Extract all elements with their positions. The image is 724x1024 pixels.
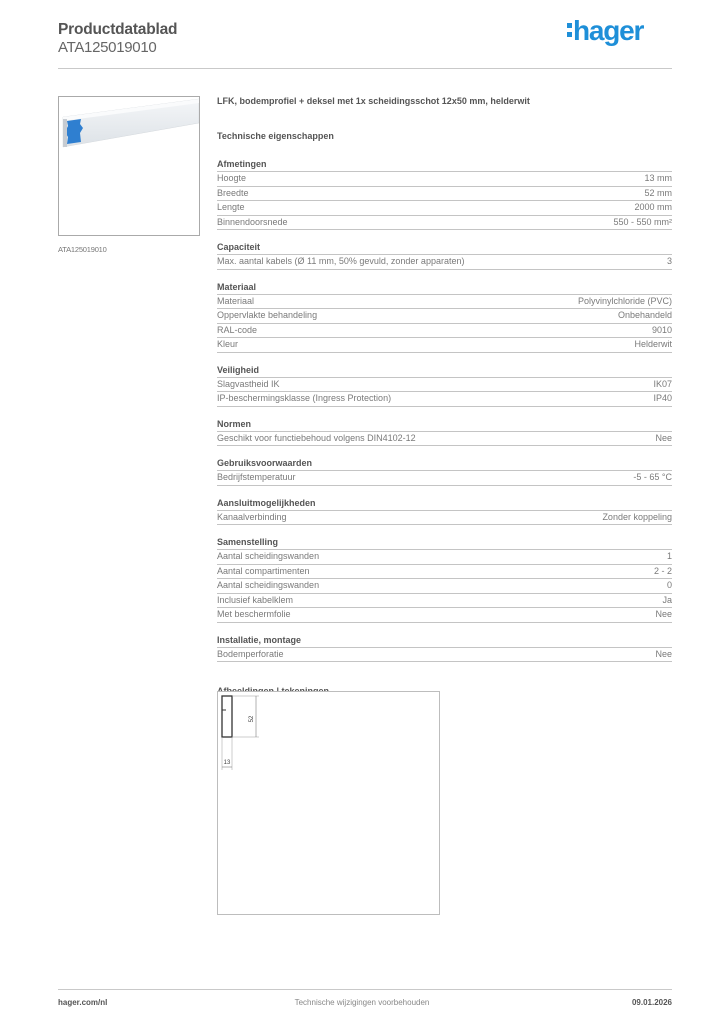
spec-row: Oppervlakte behandelingOnbehandeld	[217, 309, 672, 324]
spec-label: RAL-code	[217, 324, 257, 338]
spec-value: 1	[667, 550, 672, 564]
spec-row: Max. aantal kabels (Ø 11 mm, 50% gevuld,…	[217, 255, 672, 270]
spec-row: Binnendoorsnede550 - 550 mm²	[217, 216, 672, 231]
spec-row: Met beschermfolieNee	[217, 608, 672, 623]
profile-drawing-icon: 52 13	[218, 692, 439, 914]
svg-text:13: 13	[224, 760, 231, 766]
spec-value: IP40	[653, 392, 672, 406]
technical-drawing: 52 13	[217, 691, 440, 915]
spec-label: Slagvastheid IK	[217, 378, 280, 392]
spec-row: Breedte52 mm	[217, 187, 672, 202]
spec-value: Nee	[655, 432, 672, 446]
spec-label: Aantal scheidingswanden	[217, 550, 319, 564]
svg-text:52: 52	[249, 715, 255, 722]
spec-row: MateriaalPolyvinylchloride (PVC)	[217, 295, 672, 310]
spec-value: 2 - 2	[654, 565, 672, 579]
section-title: Aansluitmogelijkheden	[217, 497, 672, 511]
spec-value: Onbehandeld	[618, 309, 672, 323]
section-title: Normen	[217, 418, 672, 432]
footer-date: 09.01.2026	[632, 998, 672, 1007]
spec-value: 52 mm	[644, 187, 672, 201]
spec-label: Breedte	[217, 187, 249, 201]
section-title: Installatie, montage	[217, 634, 672, 648]
spec-value: Nee	[655, 648, 672, 662]
spec-row: KleurHelderwit	[217, 338, 672, 353]
spec-row: Aantal scheidingswanden0	[217, 579, 672, 594]
spec-section: GebruiksvoorwaardenBedrijfstemperatuur-5…	[217, 457, 672, 486]
spec-label: Geschikt voor functiebehoud volgens DIN4…	[217, 432, 416, 446]
spec-section: NormenGeschikt voor functiebehoud volgen…	[217, 418, 672, 447]
spec-section: VeiligheidSlagvastheid IKIK07IP-bescherm…	[217, 364, 672, 407]
spec-row: Aantal scheidingswanden1	[217, 550, 672, 565]
document-header: Productdatablad ATA125019010	[58, 20, 177, 57]
spec-value: 2000 mm	[634, 201, 672, 215]
spec-row: Lengte2000 mm	[217, 201, 672, 216]
spec-value: IK07	[653, 378, 672, 392]
header-divider	[58, 68, 672, 69]
spec-value: Polyvinylchloride (PVC)	[578, 295, 672, 309]
logo-text: hager	[573, 15, 643, 46]
spec-row: Inclusief kabelklemJa	[217, 594, 672, 609]
spec-value: 9010	[652, 324, 672, 338]
section-title: Gebruiksvoorwaarden	[217, 457, 672, 471]
spec-row: Bedrijfstemperatuur-5 - 65 °C	[217, 471, 672, 486]
spec-row: Aantal compartimenten2 - 2	[217, 565, 672, 580]
spec-row: Hoogte13 mm	[217, 172, 672, 187]
section-title: Afmetingen	[217, 158, 672, 172]
spec-value: -5 - 65 °C	[633, 471, 672, 485]
spec-row: BodemperforatieNee	[217, 648, 672, 663]
footer-disclaimer: Technische wijzigingen voorbehouden	[0, 998, 724, 1007]
spec-label: Bodemperforatie	[217, 648, 284, 662]
spec-section: AfmetingenHoogte13 mmBreedte52 mmLengte2…	[217, 158, 672, 230]
spec-label: IP-beschermingsklasse (Ingress Protectio…	[217, 392, 391, 406]
spec-label: Oppervlakte behandeling	[217, 309, 317, 323]
spec-value: Zonder koppeling	[602, 511, 672, 525]
spec-label: Bedrijfstemperatuur	[217, 471, 296, 485]
section-title: Capaciteit	[217, 241, 672, 255]
spec-label: Max. aantal kabels (Ø 11 mm, 50% gevuld,…	[217, 255, 464, 269]
spec-label: Kleur	[217, 338, 238, 352]
document-title: Productdatablad	[58, 20, 177, 39]
product-description: LFK, bodemprofiel + deksel met 1x scheid…	[217, 95, 672, 107]
product-code: ATA125019010	[58, 39, 177, 57]
spec-section: CapaciteitMax. aantal kabels (Ø 11 mm, 5…	[217, 241, 672, 270]
spec-value: Nee	[655, 608, 672, 622]
spec-label: Binnendoorsnede	[217, 216, 288, 230]
spec-value: 0	[667, 579, 672, 593]
spec-label: Met beschermfolie	[217, 608, 291, 622]
spec-section: MateriaalMateriaalPolyvinylchloride (PVC…	[217, 281, 672, 353]
spec-row: Geschikt voor functiebehoud volgens DIN4…	[217, 432, 672, 447]
section-title: Veiligheid	[217, 364, 672, 378]
spec-label: Aantal compartimenten	[217, 565, 310, 579]
spec-value: 550 - 550 mm²	[613, 216, 672, 230]
spec-label: Hoogte	[217, 172, 246, 186]
spec-label: Inclusief kabelklem	[217, 594, 293, 608]
spec-value: Helderwit	[634, 338, 672, 352]
spec-label: Materiaal	[217, 295, 254, 309]
hager-logo: hager	[567, 14, 643, 48]
footer-divider	[58, 989, 672, 990]
section-title: Materiaal	[217, 281, 672, 295]
spec-label: Lengte	[217, 201, 245, 215]
spec-section: AansluitmogelijkhedenKanaalverbindingZon…	[217, 497, 672, 526]
spec-row: RAL-code9010	[217, 324, 672, 339]
spec-value: Ja	[662, 594, 672, 608]
spec-sections: AfmetingenHoogte13 mmBreedte52 mmLengte2…	[217, 158, 672, 662]
spec-value: 3	[667, 255, 672, 269]
spec-label: Aantal scheidingswanden	[217, 579, 319, 593]
spec-section: SamenstellingAantal scheidingswanden1Aan…	[217, 536, 672, 623]
section-title: Samenstelling	[217, 536, 672, 550]
spec-row: Slagvastheid IKIK07	[217, 378, 672, 393]
product-specs: LFK, bodemprofiel + deksel met 1x scheid…	[217, 95, 672, 697]
spec-section: Installatie, montageBodemperforatieNee	[217, 634, 672, 663]
spec-row: IP-beschermingsklasse (Ingress Protectio…	[217, 392, 672, 407]
image-caption: ATA125019010	[58, 245, 107, 254]
spec-value: 13 mm	[644, 172, 672, 186]
product-image	[58, 96, 200, 236]
technical-properties-title: Technische eigenschappen	[217, 130, 672, 142]
spec-row: KanaalverbindingZonder koppeling	[217, 511, 672, 526]
spec-label: Kanaalverbinding	[217, 511, 287, 525]
cable-duct-illustration-icon	[59, 97, 199, 235]
